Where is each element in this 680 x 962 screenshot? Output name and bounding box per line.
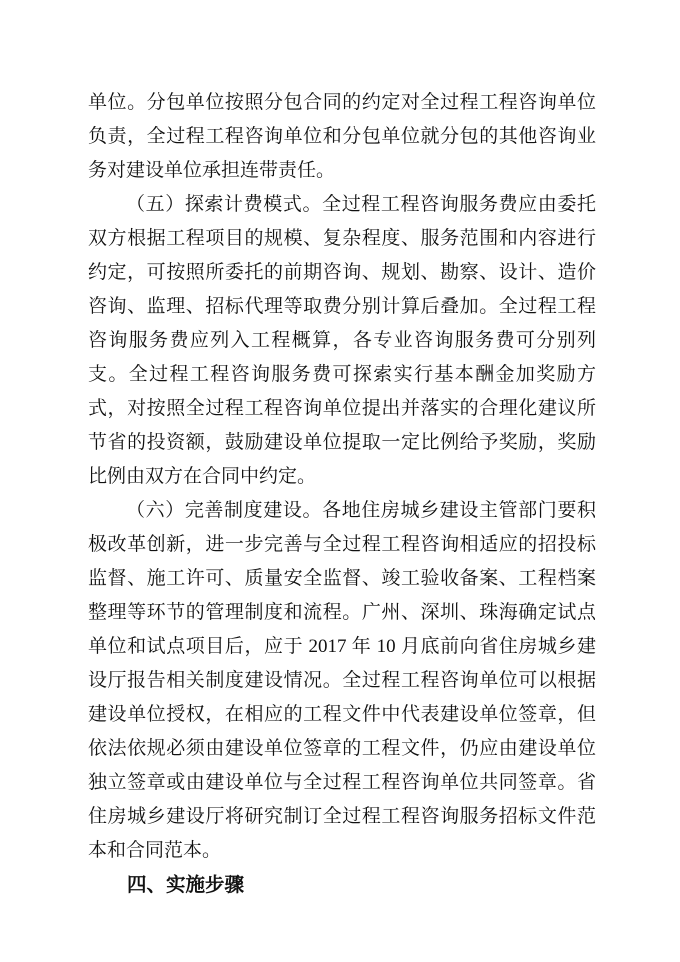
paragraph-subcontract-liability: 单位。分包单位按照分包合同的约定对全过程工程咨询单位负责，全过程工程咨询单位和分… <box>88 86 596 188</box>
paragraph-section-5-fee-model: （五）探索计费模式。全过程工程咨询服务费应由委托双方根据工程项目的规模、复杂程度… <box>88 188 596 494</box>
paragraph-section-6-system-building: （六）完善制度建设。各地住房城乡建设主管部门要积极改革创新，进一步完善与全过程工… <box>88 494 596 868</box>
heading-section-4-implementation-steps: 四、实施步骤 <box>88 868 596 902</box>
document-page: 单位。分包单位按照分包合同的约定对全过程工程咨询单位负责，全过程工程咨询单位和分… <box>0 0 680 962</box>
